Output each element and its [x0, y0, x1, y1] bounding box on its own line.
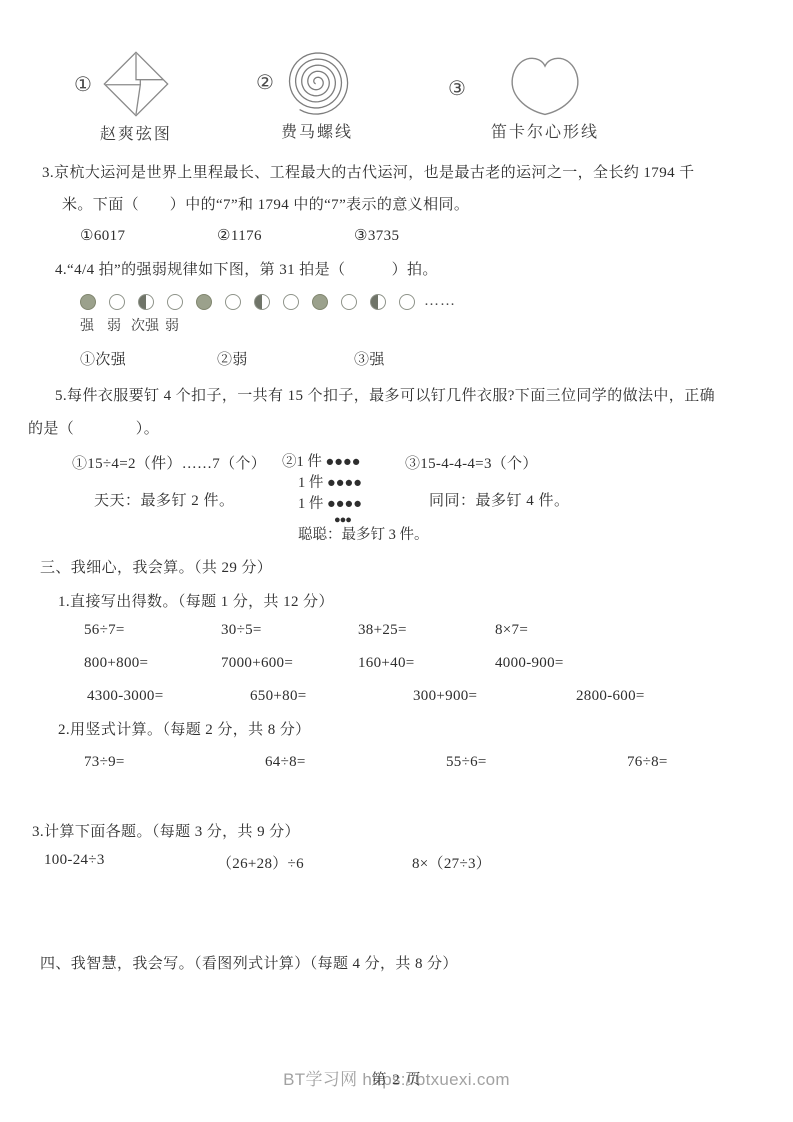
q3-line2: 米。下面（ ）中的“7”和 1794 中的“7”表示的意义相同。	[62, 193, 469, 214]
figure-label-zhaoshuang: 赵爽弦图	[100, 121, 172, 144]
math-expression: 160+40=	[358, 655, 495, 672]
beat-circle	[341, 294, 357, 310]
math-expression: 73÷9=	[84, 754, 265, 771]
math-expression: 2800-600=	[576, 688, 739, 705]
math-expression: 55÷6=	[446, 754, 627, 771]
fermat-spiral-icon	[281, 46, 353, 118]
math-expression: 650+80=	[250, 688, 413, 705]
q5-answer-tongtong: ③15-4-4-4=3（个） 同同：最多钉 4 件。	[405, 452, 570, 510]
beat-label: 强	[80, 315, 107, 335]
math-expression: 64÷8=	[265, 754, 446, 771]
math-expression: 8×7=	[495, 622, 632, 639]
q5-answer1-name: 天天：最多钉 2 件。	[94, 489, 266, 510]
mental-math-row-1: 56÷7=30÷5=38+25=8×7=	[84, 622, 632, 639]
mental-math-row-3: 4300-3000=650+80=300+900=2800-600=	[87, 688, 739, 705]
worksheet-page: ① 赵爽弦图 ② 费马螺线 ③	[0, 0, 793, 1122]
beat-label: 弱	[165, 315, 189, 335]
beat-pattern	[80, 294, 415, 310]
beat-circle	[138, 294, 154, 310]
section3-title: 三、我细心，我会算。（共 29 分）	[40, 556, 272, 577]
math-expression: 300+900=	[413, 688, 576, 705]
beat-circle	[167, 294, 183, 310]
q3-option: ②1176	[217, 226, 354, 245]
q5-answer1-expression: ①15÷4=2（件）……7（个）	[72, 452, 266, 473]
beat-circle	[312, 294, 328, 310]
q3-option: ①6017	[80, 226, 217, 245]
math-expression: 76÷8=	[627, 754, 793, 771]
math-expression: 100-24÷3	[44, 852, 217, 873]
section3-sub1-title: 1.直接写出得数。（每题 1 分，共 12 分）	[58, 590, 334, 611]
figure-label-cartesian: 笛卡尔心形线	[491, 119, 599, 142]
math-expression: 8×（27÷3）	[412, 852, 491, 873]
beat-label: 弱	[107, 315, 131, 335]
q3-line1: 3.京杭大运河是世界上里程最长、工程最大的古代运河，也是最古老的运河之一，全长约…	[42, 161, 695, 182]
vertical-calc-row: 73÷9=64÷8=55÷6=76÷8=	[84, 754, 793, 771]
math-expression: 30÷5=	[221, 622, 358, 639]
beat-circle	[196, 294, 212, 310]
q5-answer2-name: 聪聪：最多钉 3 件。	[298, 525, 429, 546]
beat-labels: 强弱次强弱	[80, 315, 189, 335]
beat-circle	[80, 294, 96, 310]
q3-option: ③3735	[354, 226, 491, 245]
q5-answer3-name: 同同：最多钉 4 件。	[429, 489, 570, 510]
beat-pattern-row: ……	[80, 293, 456, 310]
zhaoshuang-diagram-icon	[99, 48, 173, 120]
beat-circle	[283, 294, 299, 310]
q5-answer-tiantian: ①15÷4=2（件）……7（个） 天天：最多钉 2 件。	[72, 452, 266, 510]
figure-label-fermat: 费马螺线	[281, 119, 353, 142]
beats-ellipsis: ……	[424, 293, 456, 310]
beat-circle	[370, 294, 386, 310]
q5-line1: 5.每件衣服要钉 4 个扣子，一共有 15 个扣子，最多可以钉几件衣服?下面三位…	[55, 384, 715, 405]
figure-number-3: ③	[448, 76, 466, 101]
mental-math-row-2: 800+800=7000+600=160+40=4000-900=	[84, 655, 632, 672]
q4-option: ②弱	[217, 348, 354, 369]
beat-circle	[109, 294, 125, 310]
q4-options: ①次强②弱③强	[80, 348, 491, 369]
beat-label: 次强	[131, 315, 165, 335]
page-number: 第 2 页	[0, 1068, 793, 1089]
q4-line: 4.“4/4 拍”的强弱规律如下图，第 31 拍是（ ）拍。	[55, 258, 438, 279]
figure-number-1: ①	[74, 72, 92, 97]
q5-line2: 的是（ ）。	[28, 417, 159, 438]
math-expression: 38+25=	[358, 622, 495, 639]
q4-option: ③强	[354, 348, 491, 369]
q3-options: ①6017②1176③3735	[80, 226, 491, 245]
cartesian-heart-icon	[498, 52, 592, 118]
beat-circle	[254, 294, 270, 310]
math-expression: 800+800=	[84, 655, 221, 672]
figure-zhaoshuang: ① 赵爽弦图	[74, 48, 173, 144]
math-expression: 4000-900=	[495, 655, 632, 672]
section3-sub3-title: 3.计算下面各题。（每题 3 分，共 9 分）	[32, 820, 300, 841]
section3-sub2-title: 2.用竖式计算。（每题 2 分，共 8 分）	[58, 718, 311, 739]
beat-circle	[225, 294, 241, 310]
q4-option: ①次强	[80, 348, 217, 369]
figure-fermat-spiral: ② 费马螺线	[256, 46, 353, 142]
math-expression: （26+28）÷6	[217, 852, 412, 873]
q5-answer3-expression: ③15-4-4-4=3（个）	[405, 452, 570, 473]
math-expression: 7000+600=	[221, 655, 358, 672]
mixed-calc-row: 100-24÷3（26+28）÷68×（27÷3）	[44, 852, 491, 873]
section4-title: 四、我智慧，我会写。（看图列式计算）（每题 4 分，共 8 分）	[40, 952, 458, 973]
beat-circle	[399, 294, 415, 310]
figure-number-2: ②	[256, 70, 274, 95]
math-expression: 4300-3000=	[87, 688, 250, 705]
math-expression: 56÷7=	[84, 622, 221, 639]
q5-answer2-remainder-dots: ●●●	[334, 515, 429, 525]
figure-cartesian-heart: ③ 笛卡尔心形线	[448, 52, 599, 142]
